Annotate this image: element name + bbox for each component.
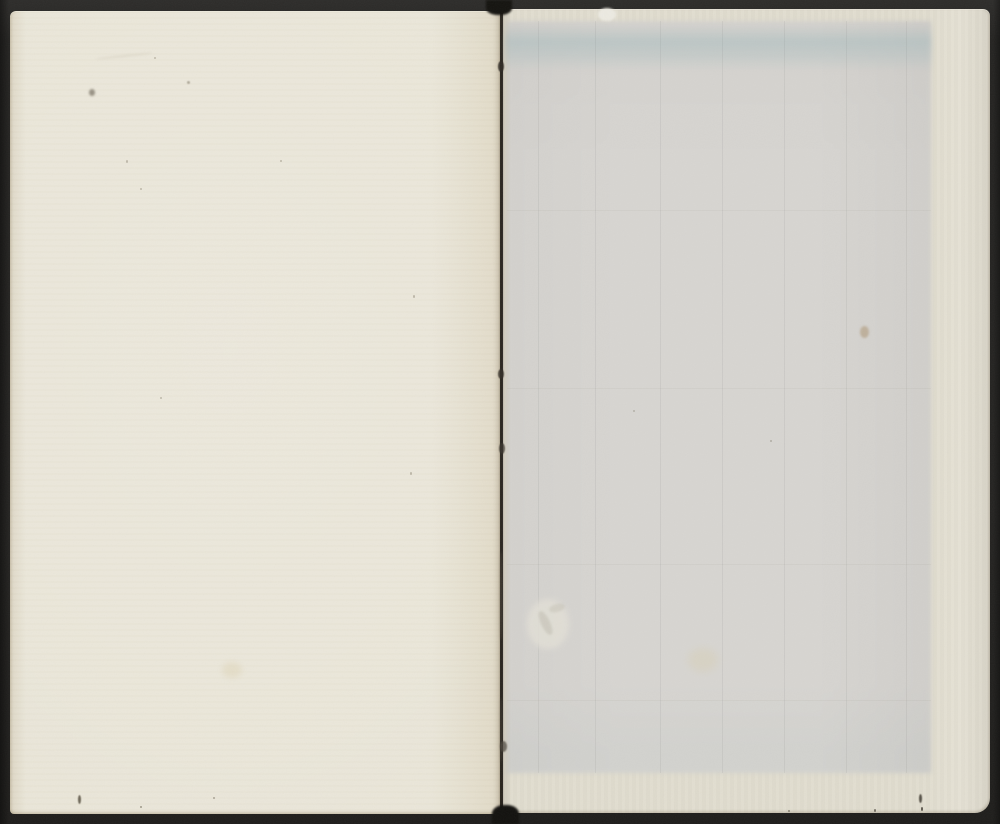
showthrough-blue-band: [505, 25, 931, 71]
showthrough-print-area: [507, 21, 931, 773]
book-scan-canvas: [0, 0, 1000, 824]
book-gutter: [493, 9, 511, 814]
left-page: [10, 11, 500, 814]
right-page: [503, 9, 990, 813]
